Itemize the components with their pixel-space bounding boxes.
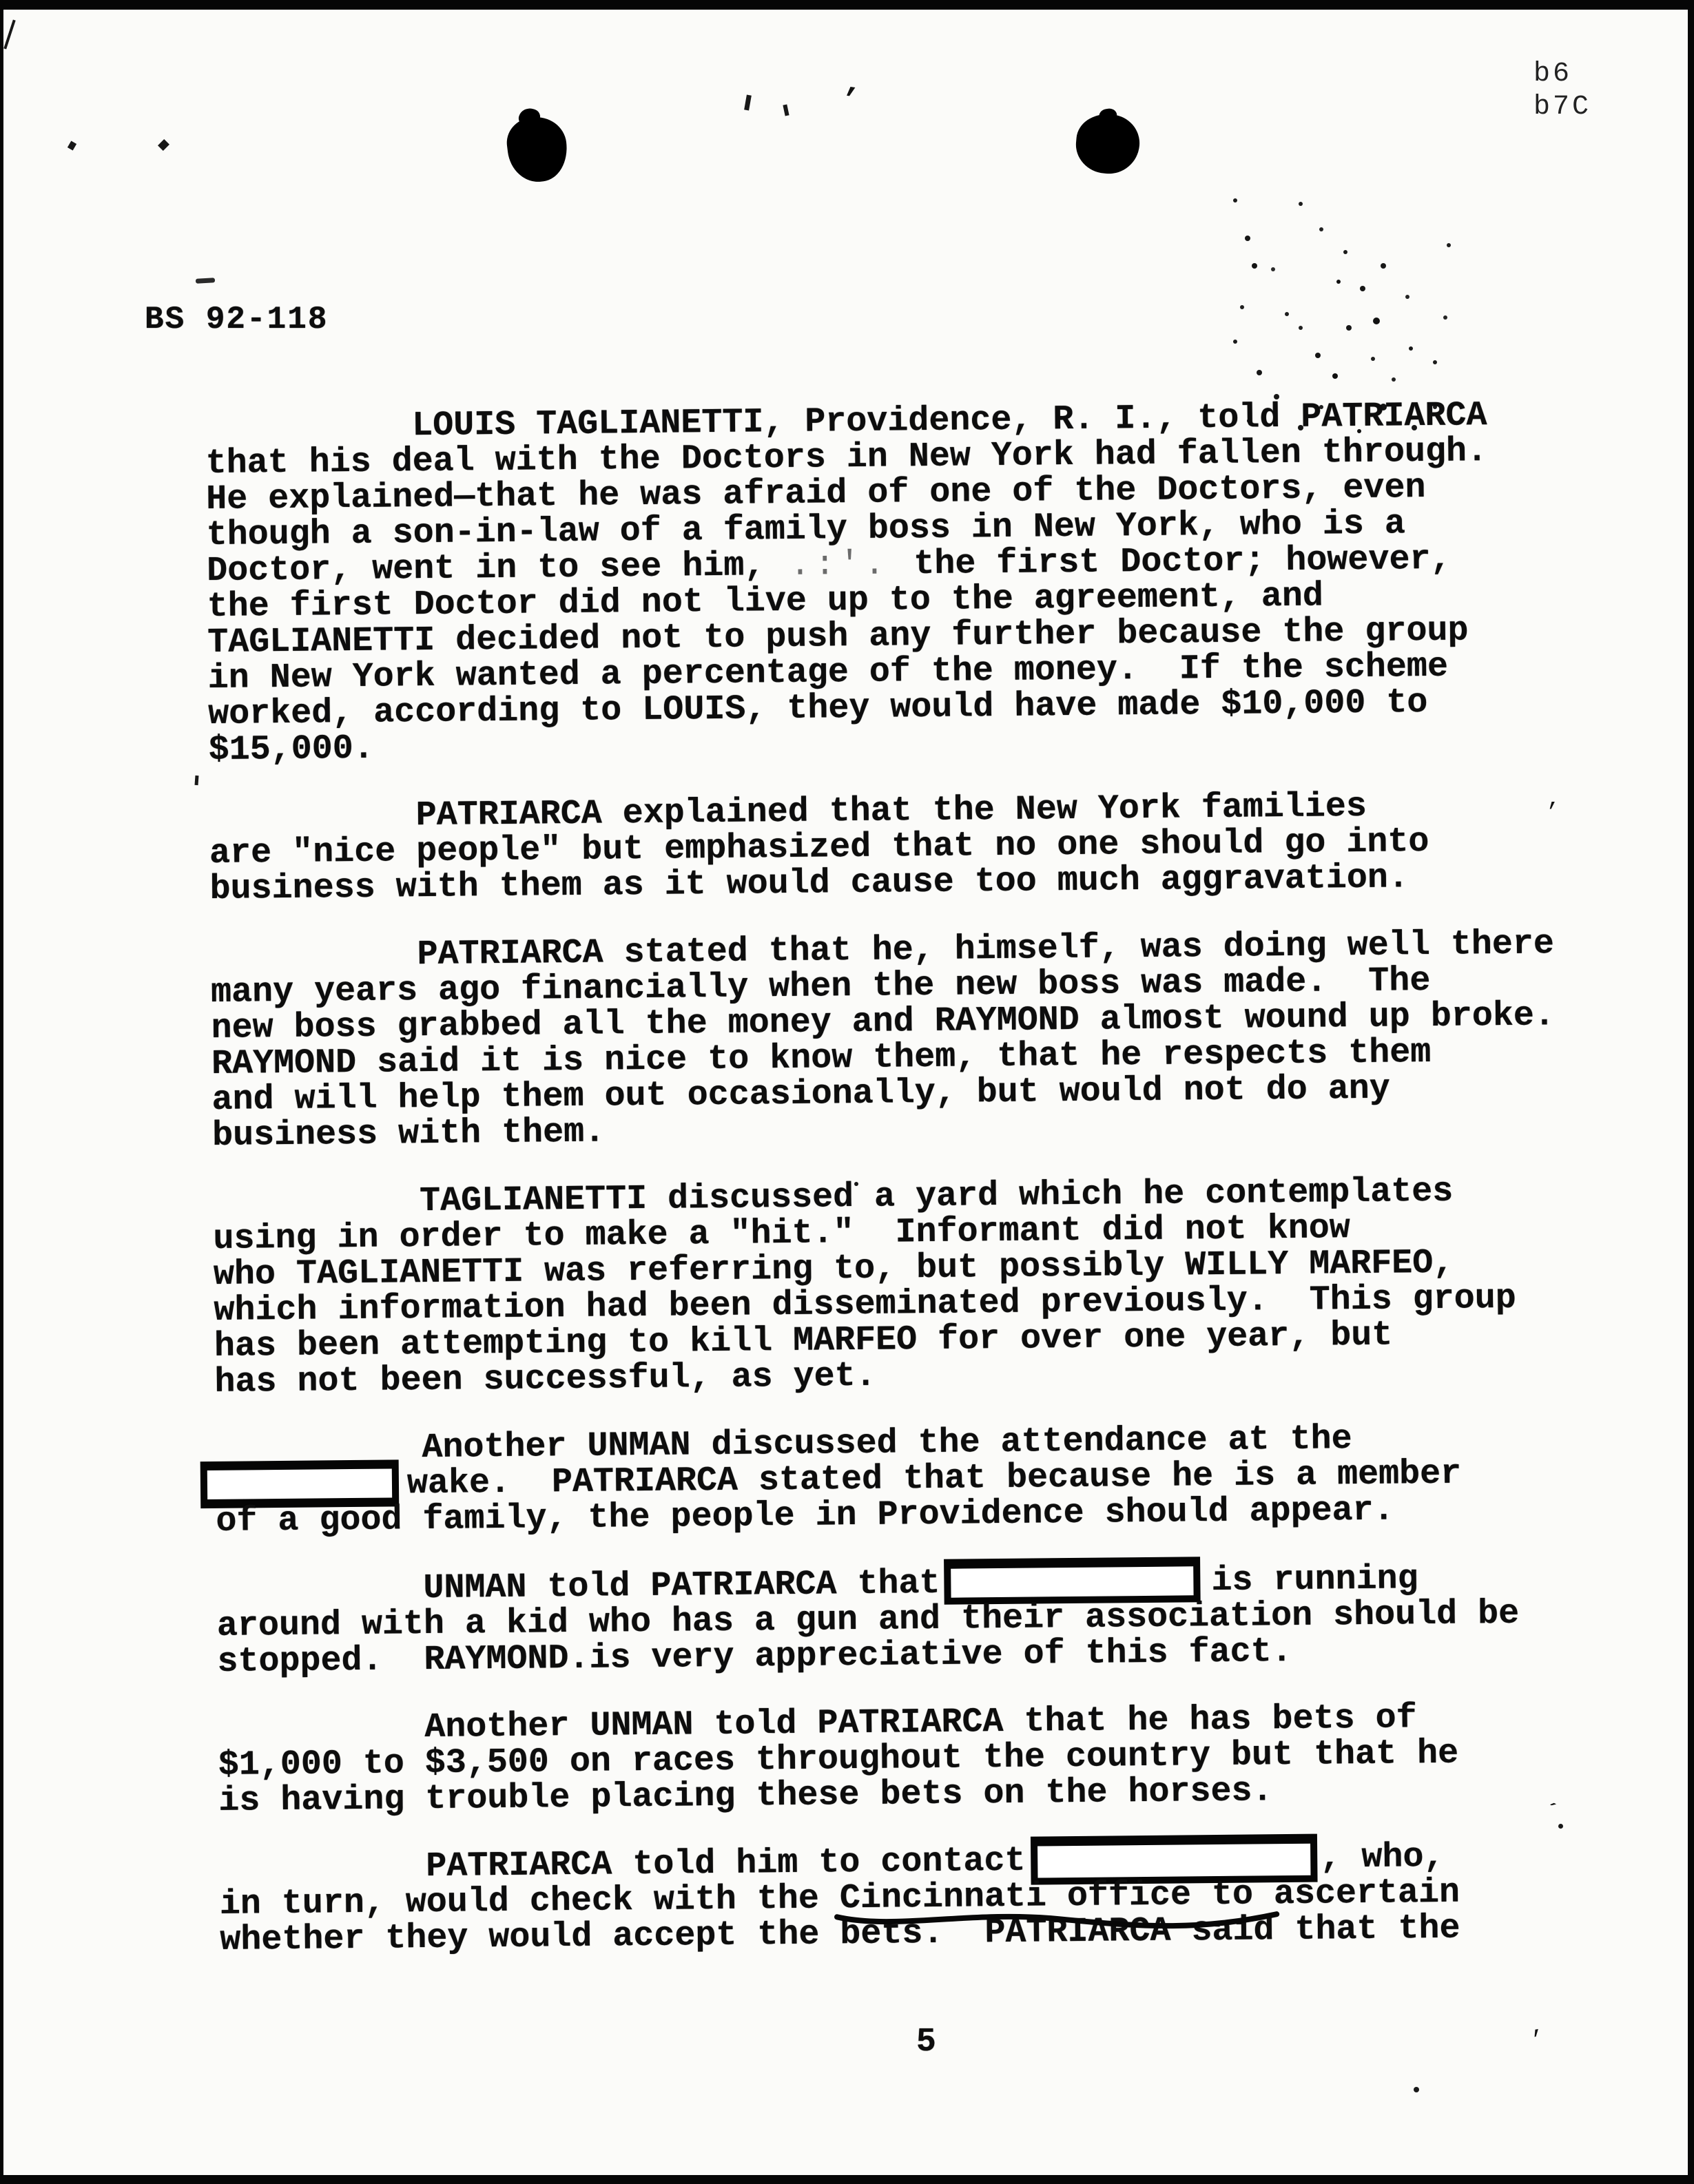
paragraph: LOUIS TAGLIANETTI, Providence, R. I., to…: [205, 397, 1621, 769]
exemption-codes: b6 b7C: [1533, 58, 1591, 124]
scan-border-bottom: [0, 2175, 1694, 2184]
faint-erased-text: .:'.: [765, 545, 914, 585]
ink-speck: [783, 105, 789, 116]
ink-speck: [744, 95, 752, 111]
ink-speck: [1414, 2087, 1419, 2092]
underlined-text: Cincinnati office to: [840, 1878, 1254, 1917]
page-number: 5: [916, 2024, 936, 2061]
paragraph: PATRIARCA stated that he, himself, was d…: [210, 926, 1624, 1154]
ink-speck: [3, 19, 15, 49]
text-run: is running: [1211, 1559, 1418, 1601]
scan-border-left: [0, 0, 3, 2184]
hole-punch-mark: [504, 114, 571, 185]
ink-speck: [68, 141, 76, 150]
file-number: BS 92-118: [145, 302, 328, 337]
ink-speck: [195, 776, 199, 785]
paragraph: PATRIARCA told him to contact, who, in t…: [219, 1838, 1632, 1959]
exemption-code-b6: b6: [1533, 58, 1591, 91]
pen-dash-mark: [196, 278, 215, 283]
document-page: ’ ’ ´ ’ b6 b7C BS 92-118 LOUIS TAGLIANET…: [0, 0, 1694, 2184]
hole-punch-mark: [1073, 112, 1142, 176]
paragraph: Another UNMAN discussed the attendance a…: [215, 1419, 1628, 1540]
scan-border-top: [0, 0, 1694, 10]
ink-speck: ’: [1529, 2027, 1547, 2055]
paragraph: PATRIARCA explained that the New York fa…: [209, 787, 1622, 908]
ink-speck: ’: [838, 83, 861, 119]
hand-underline-stroke: [834, 1906, 1283, 1933]
ink-speck: [158, 139, 169, 151]
scan-border-right: [1688, 0, 1694, 2184]
document-body: LOUIS TAGLIANETTI, Providence, R. I., to…: [205, 397, 1632, 1959]
paragraph: TAGLIANETTI discussed a yard which he co…: [213, 1172, 1627, 1401]
text-run: ascertain: [1253, 1873, 1460, 1915]
paragraph: UNMAN told PATRIARCA thatis running arou…: [216, 1558, 1629, 1681]
paragraph: Another UNMAN told PATRIARCA that he has…: [218, 1698, 1631, 1820]
text-run: , who,: [1320, 1838, 1445, 1878]
exemption-code-b7c: b7C: [1533, 91, 1591, 124]
ink-specks-cluster: [1233, 198, 1237, 202]
